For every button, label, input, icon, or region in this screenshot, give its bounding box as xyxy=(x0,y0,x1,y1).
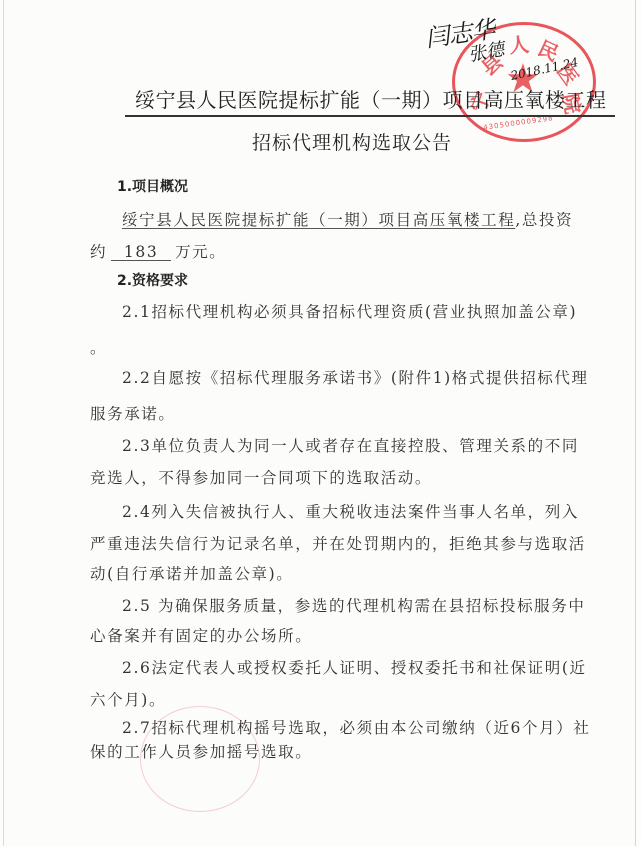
item-2-7-line-1: 2.7招标代理机构摇号选取，必须由本公司缴纳（近6个月）社 xyxy=(122,716,590,738)
investment-amount: 183 xyxy=(111,244,171,261)
item-2-3-line-1: 2.3单位负责人为同一人或者存在直接控股、管理关系的不同 xyxy=(122,434,579,456)
unit-label: 万元。 xyxy=(175,243,226,261)
document-title: 绥宁县人民医院提标扩能（一期）项目高压氧楼工程 xyxy=(125,84,615,117)
item-2-1-line-2: 。 xyxy=(90,336,107,358)
item-2-1-line-1: 2.1招标代理机构必须具备招标代理资质(营业执照加盖公章) xyxy=(122,300,577,322)
item-2-2-line-1: 2.2自愿按《招标代理服务承诺书》(附件1)格式提供招标代理 xyxy=(122,366,589,388)
item-2-6-line-1: 2.6法定代表人或授权委托人证明、授权委托书和社保证明(近 xyxy=(122,656,587,678)
item-2-4-line-3: 动(自行承诺并加盖公章)。 xyxy=(90,562,293,584)
approx-label: 约 xyxy=(90,243,107,261)
item-2-7-line-2: 保的工作人员参加摇号选取。 xyxy=(90,740,312,762)
item-2-4-line-1: 2.4列入失信被执行人、重大税收违法案件当事人名单，列入 xyxy=(122,500,579,522)
project-name: 绥宁县人民医院提标扩能（一期）项目高压氧楼工程 xyxy=(122,211,515,229)
item-2-4-line-2: 严重违法失信行为记录名单，并在处罚期内的，拒绝其参与选取活 xyxy=(90,532,586,554)
item-2-5-line-1: 2.5 为确保服务质量，参选的代理机构需在县招标投标服务中 xyxy=(122,594,585,616)
item-2-3-line-2: 竞选人，不得参加同一合同项下的选取活动。 xyxy=(90,466,432,488)
section-heading-qualifications: 2.资格要求 xyxy=(117,270,188,290)
item-2-5-line-2: 心备案并有固定的办公场所。 xyxy=(90,624,312,646)
paragraph-line: 约183万元。 xyxy=(90,240,226,262)
investment-label: ,总投资 xyxy=(515,211,573,229)
item-2-6-line-2: 六个月)。 xyxy=(90,688,166,710)
paragraph-line: 绥宁县人民医院提标扩能（一期）项目高压氧楼工程,总投资 xyxy=(122,208,573,230)
section-heading-overview: 1.项目概况 xyxy=(117,176,188,196)
item-2-2-line-2: 服务承诺。 xyxy=(90,402,176,424)
document-subtitle: 招标代理机构选取公告 xyxy=(252,128,452,155)
